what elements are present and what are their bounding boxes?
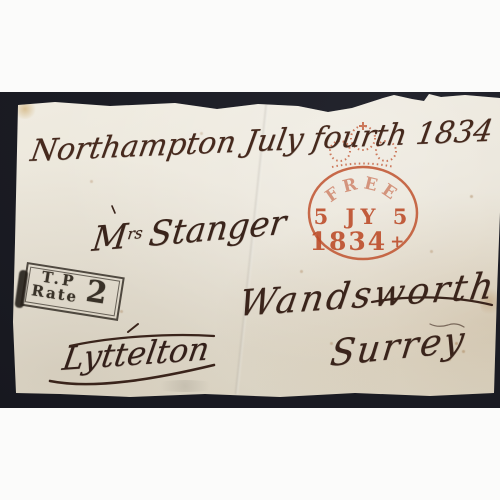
datestamp-date-line: 5 JY 5 <box>314 204 413 229</box>
datestamp-year-line: 1834+ <box>310 227 407 256</box>
datestamp-free-label: FREE <box>322 173 404 207</box>
paper-stain-corner <box>13 99 37 119</box>
paper-smudge <box>150 380 220 392</box>
addressee-initial: M <box>90 216 130 260</box>
datestamp-cross-mark: + <box>390 232 406 252</box>
foxing-spots <box>0 92 3 95</box>
auction-photo: FREE 5 JY 5 1834+ T.P Rate 2 Northampton… <box>0 0 500 500</box>
handstamp-rate-number: 2 <box>83 274 109 312</box>
datestamp-year: 1834 <box>310 227 388 256</box>
addressee-superscript: rs <box>126 224 143 244</box>
